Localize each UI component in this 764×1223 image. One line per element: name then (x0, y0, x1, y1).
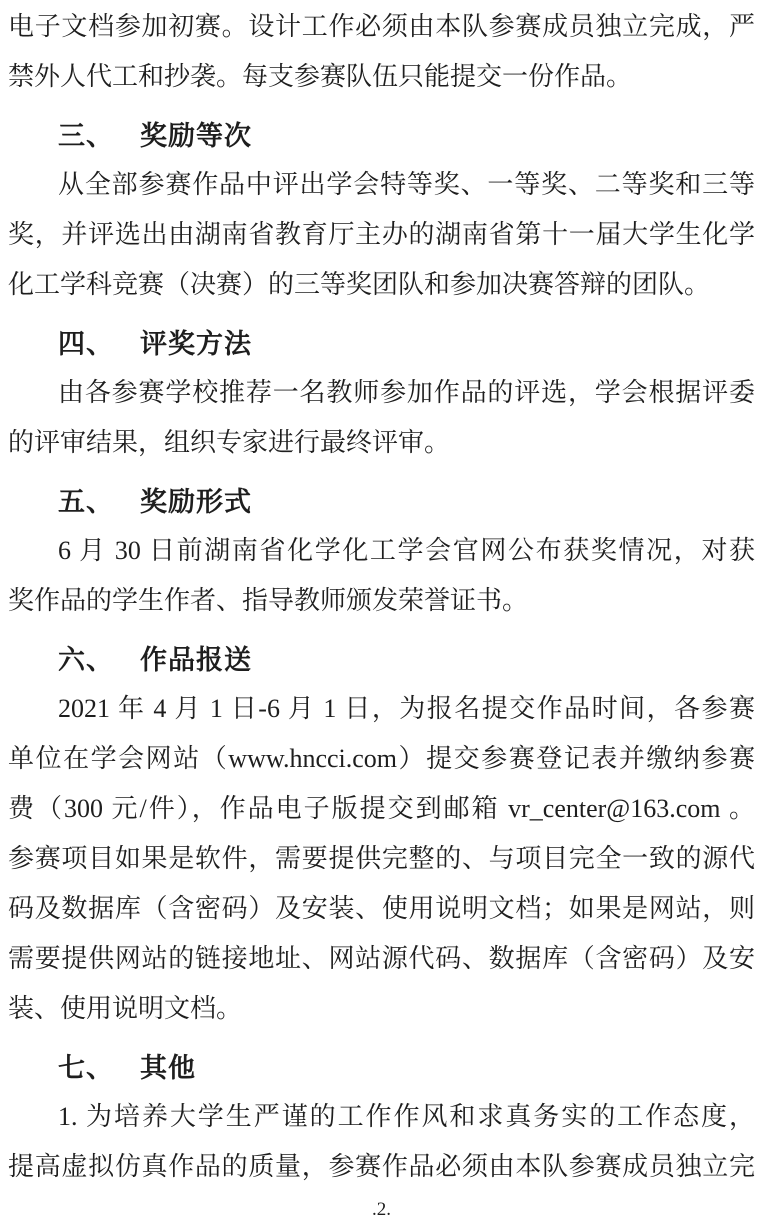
section-heading-5: 五、奖励形式 (8, 480, 755, 530)
section-heading-4: 四、评奖方法 (8, 322, 755, 372)
section-heading-6: 六、作品报送 (8, 638, 755, 688)
page-number: .2. (8, 1200, 755, 1220)
text-line: 电子文档参加初赛。设计工作必须由本队参赛成员独立完成，严 (8, 6, 755, 56)
heading-number: 五、 (58, 480, 140, 524)
heading-title: 奖励等次 (140, 121, 252, 151)
text-line: 从全部参赛作品中评出学会特等奖、一等奖、二等奖和三等 (8, 164, 755, 214)
text-line: 的评审结果，组织专家进行最终评审。 (8, 422, 755, 472)
text-line: 费（300 元/件），作品电子版提交到邮箱 vr_center@163.com … (8, 788, 755, 838)
heading-title: 奖励形式 (140, 487, 252, 517)
text-line: 1. 为培养大学生严谨的工作作风和求真务实的工作态度， (8, 1096, 755, 1146)
heading-number: 四、 (58, 322, 140, 366)
document-page: 电子文档参加初赛。设计工作必须由本队参赛成员独立完成，严 禁外人代工和抄袭。每支… (0, 0, 764, 1223)
text-line: 奖作品的学生作者、指导教师颁发荣誉证书。 (8, 580, 755, 630)
text-line: 提高虚拟仿真作品的质量，参赛作品必须由本队参赛成员独立完 (8, 1146, 755, 1196)
text-line: 装、使用说明文档。 (8, 988, 755, 1038)
heading-number: 六、 (58, 638, 140, 682)
text-line: 6 月 30 日前湖南省化学化工学会官网公布获奖情况，对获 (8, 530, 755, 580)
heading-title: 作品报送 (140, 645, 252, 675)
text-line: 奖，并评选出由湖南省教育厅主办的湖南省第十一届大学生化学 (8, 214, 755, 264)
text-line: 2021 年 4 月 1 日-6 月 1 日，为报名提交作品时间，各参赛 (8, 688, 755, 738)
section-heading-7: 七、其他 (8, 1046, 755, 1096)
text-line: 参赛项目如果是软件，需要提供完整的、与项目完全一致的源代 (8, 838, 755, 888)
section-heading-3: 三、奖励等次 (8, 114, 755, 164)
text-line: 单位在学会网站（www.hncci.com）提交参赛登记表并缴纳参赛 (8, 738, 755, 788)
heading-title: 评奖方法 (140, 329, 252, 359)
heading-title: 其他 (140, 1053, 196, 1083)
text-line: 化工学科竞赛（决赛）的三等奖团队和参加决赛答辩的团队。 (8, 264, 755, 314)
heading-number: 三、 (58, 114, 140, 158)
text-line: 码及数据库（含密码）及安装、使用说明文档；如果是网站，则 (8, 888, 755, 938)
heading-number: 七、 (58, 1046, 140, 1090)
text-line: 禁外人代工和抄袭。每支参赛队伍只能提交一份作品。 (8, 56, 755, 106)
text-line: 由各参赛学校推荐一名教师参加作品的评选，学会根据评委 (8, 372, 755, 422)
text-line: 需要提供网站的链接地址、网站源代码、数据库（含密码）及安 (8, 938, 755, 988)
